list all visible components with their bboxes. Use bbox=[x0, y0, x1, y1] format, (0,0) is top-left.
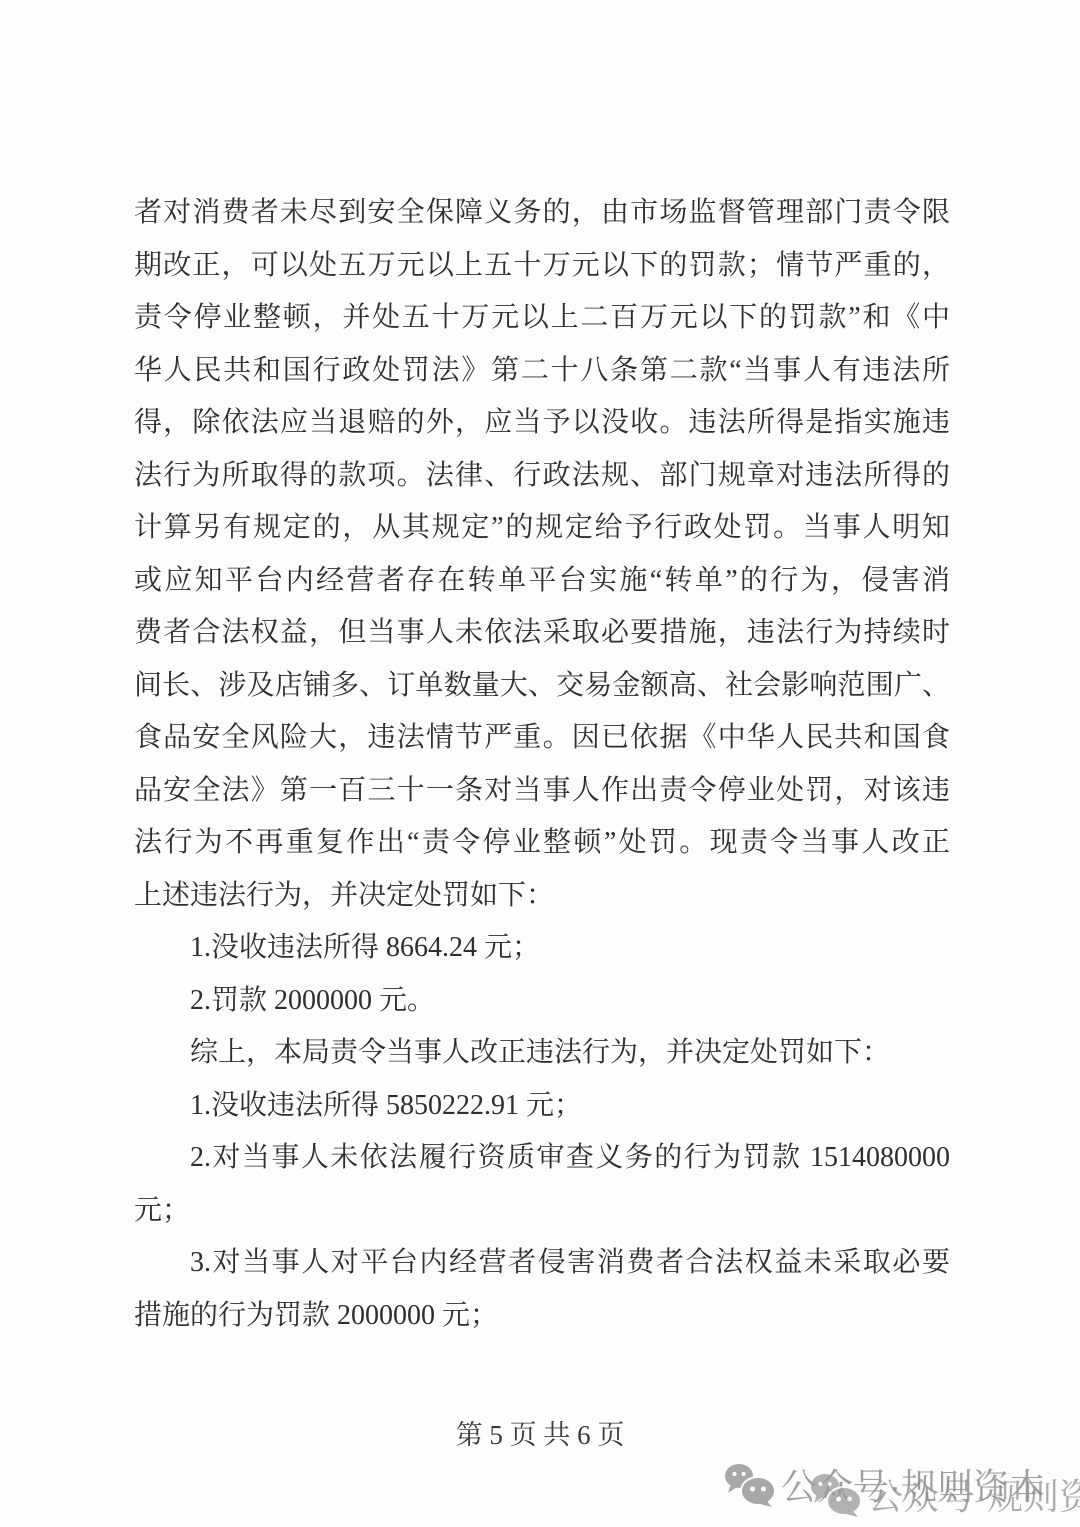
penalty-item-2: 2.罚款 2000000 元。 bbox=[134, 975, 950, 1028]
document-line: 者对消费者未尽到安全保障义务的，由市场监督管理部门责令限 bbox=[134, 187, 950, 240]
document-line: 法行为所取得的款项。法律、行政法规、部门规章对违法所得的 bbox=[134, 450, 950, 503]
document-line: 间长、涉及店铺多、订单数量大、交易金额高、社会影响范围广、 bbox=[134, 660, 950, 713]
watermark-text: 公众号·规则资本 bbox=[867, 1469, 1080, 1520]
document-line: 综上，本局责令当事人改正违法行为，并决定处罚如下： bbox=[134, 1027, 950, 1080]
watermark-stamp: 公众号·规则资本 bbox=[810, 1469, 1080, 1520]
document-line: 华人民共和国行政处罚法》第二十八条第二款“当事人有违法所 bbox=[134, 345, 950, 398]
wechat-icon bbox=[810, 1473, 862, 1517]
document-line: 或应知平台内经营者存在转单平台实施“转单”的行为，侵害消 bbox=[134, 555, 950, 608]
document-body: 者对消费者未尽到安全保障义务的，由市场监督管理部门责令限 期改正，可以处五万元以… bbox=[134, 187, 950, 1342]
page-number: 第 5 页 共 6 页 bbox=[0, 1409, 1080, 1461]
wechat-icon bbox=[724, 1463, 776, 1507]
document-line: 上述违法行为，并决定处罚如下： bbox=[134, 870, 950, 923]
document-line: 措施的行为罚款 2000000 元； bbox=[134, 1290, 950, 1343]
final-penalty-item-2: 2.对当事人未依法履行资质审查义务的行为罚款 1514080000 bbox=[134, 1132, 950, 1185]
document-line: 得，除依法应当退赔的外，应当予以没收。违法所得是指实施违 bbox=[134, 397, 950, 450]
penalty-item-1: 1.没收违法所得 8664.24 元； bbox=[134, 922, 950, 975]
document-line: 元； bbox=[134, 1185, 950, 1238]
watermark: 公众号·规则资本 公众号·规则资本 bbox=[722, 1456, 1080, 1527]
document-page: 者对消费者未尽到安全保障义务的，由市场监督管理部门责令限 期改正，可以处五万元以… bbox=[0, 0, 1080, 1527]
document-line: 责令停业整顿，并处五十万元以上二百万元以下的罚款”和《中 bbox=[134, 292, 950, 345]
final-penalty-item-1: 1.没收违法所得 5850222.91 元； bbox=[134, 1080, 950, 1133]
document-line: 费者合法权益，但当事人未依法采取必要措施，违法行为持续时 bbox=[134, 607, 950, 660]
document-line: 法行为不再重复作出“责令停业整顿”处罚。现责令当事人改正 bbox=[134, 817, 950, 870]
document-line: 品安全法》第一百三十一条对当事人作出责令停业处罚，对该违 bbox=[134, 765, 950, 818]
final-penalty-item-3: 3.对当事人对平台内经营者侵害消费者合法权益未采取必要 bbox=[134, 1237, 950, 1290]
document-line: 食品安全风险大，违法情节严重。因已依据《中华人民共和国食 bbox=[134, 712, 950, 765]
document-line: 期改正，可以处五万元以上五十万元以下的罚款；情节严重的， bbox=[134, 240, 950, 293]
document-line: 计算另有规定的，从其规定”的规定给予行政处罚。当事人明知 bbox=[134, 502, 950, 555]
